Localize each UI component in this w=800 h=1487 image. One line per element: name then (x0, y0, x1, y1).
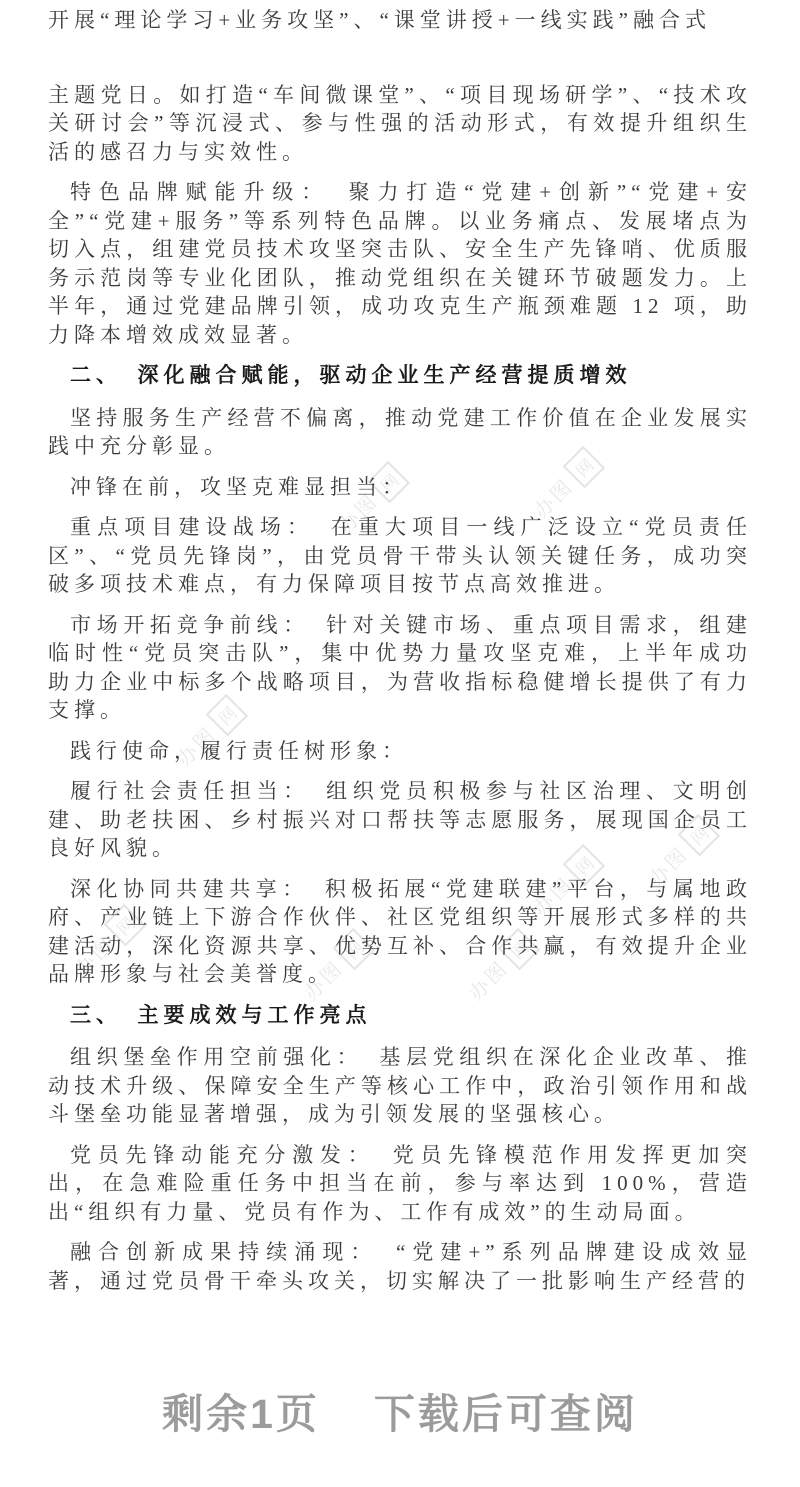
page-footer: 剩余1页下载后可查阅 (0, 1381, 800, 1440)
section-heading: 二、 深化融合赋能，驱动企业生产经营提质增效 (48, 361, 752, 390)
section-heading: 三、 主要成效与工作亮点 (48, 1001, 752, 1030)
paragraph: 坚持服务生产经营不偏离，推动党建工作价值在企业发展实践中充分彰显。 (48, 404, 752, 461)
document-page: 开展“理论学习+业务攻坚”、“课堂讲授+一线实践”融合式 主题党日。如打造“车间… (0, 0, 800, 1295)
paragraph: 开展“理论学习+业务攻坚”、“课堂讲授+一线实践”融合式 (48, 6, 752, 35)
paragraph: 融合创新成果持续涌现： “党建+”系列品牌建设成效显著，通过党员骨干牵头攻关，切… (48, 1238, 752, 1295)
paragraph: 践行使命，履行责任树形象： (48, 737, 752, 766)
remaining-pages-label: 剩余1页 (162, 1391, 320, 1437)
paragraph: 市场开拓竞争前线： 针对关键市场、重点项目需求，组建临时性“党员突击队”，集中优… (48, 611, 752, 725)
paragraph: 组织堡垒作用空前强化： 基层党组织在深化企业改革、推动技术升级、保障安全生产等核… (48, 1043, 752, 1129)
paragraph: 特色品牌赋能升级： 聚力打造“党建+创新”“党建+安全”“党建+服务”等系列特色… (48, 178, 752, 349)
paragraph: 重点项目建设战场： 在重大项目一线广泛设立“党员责任区”、“党员先锋岗”，由党员… (48, 513, 752, 599)
paragraph: 党员先锋动能充分激发： 党员先锋模范作用发挥更加突出，在急难险重任务中担当在前，… (48, 1141, 752, 1227)
paragraph: 履行社会责任担当： 组织党员积极参与社区治理、文明创建、助老扶困、乡村振兴对口帮… (48, 777, 752, 863)
paragraph: 冲锋在前，攻坚克难显担当： (48, 473, 752, 502)
paragraph: 深化协同共建共享： 积极拓展“党建联建”平台，与属地政府、产业链上下游合作伙伴、… (48, 875, 752, 989)
paragraph: 主题党日。如打造“车间微课堂”、“项目现场研学”、“技术攻关研讨会”等沉浸式、参… (48, 81, 752, 167)
download-hint-label: 下载后可查阅 (374, 1391, 638, 1437)
